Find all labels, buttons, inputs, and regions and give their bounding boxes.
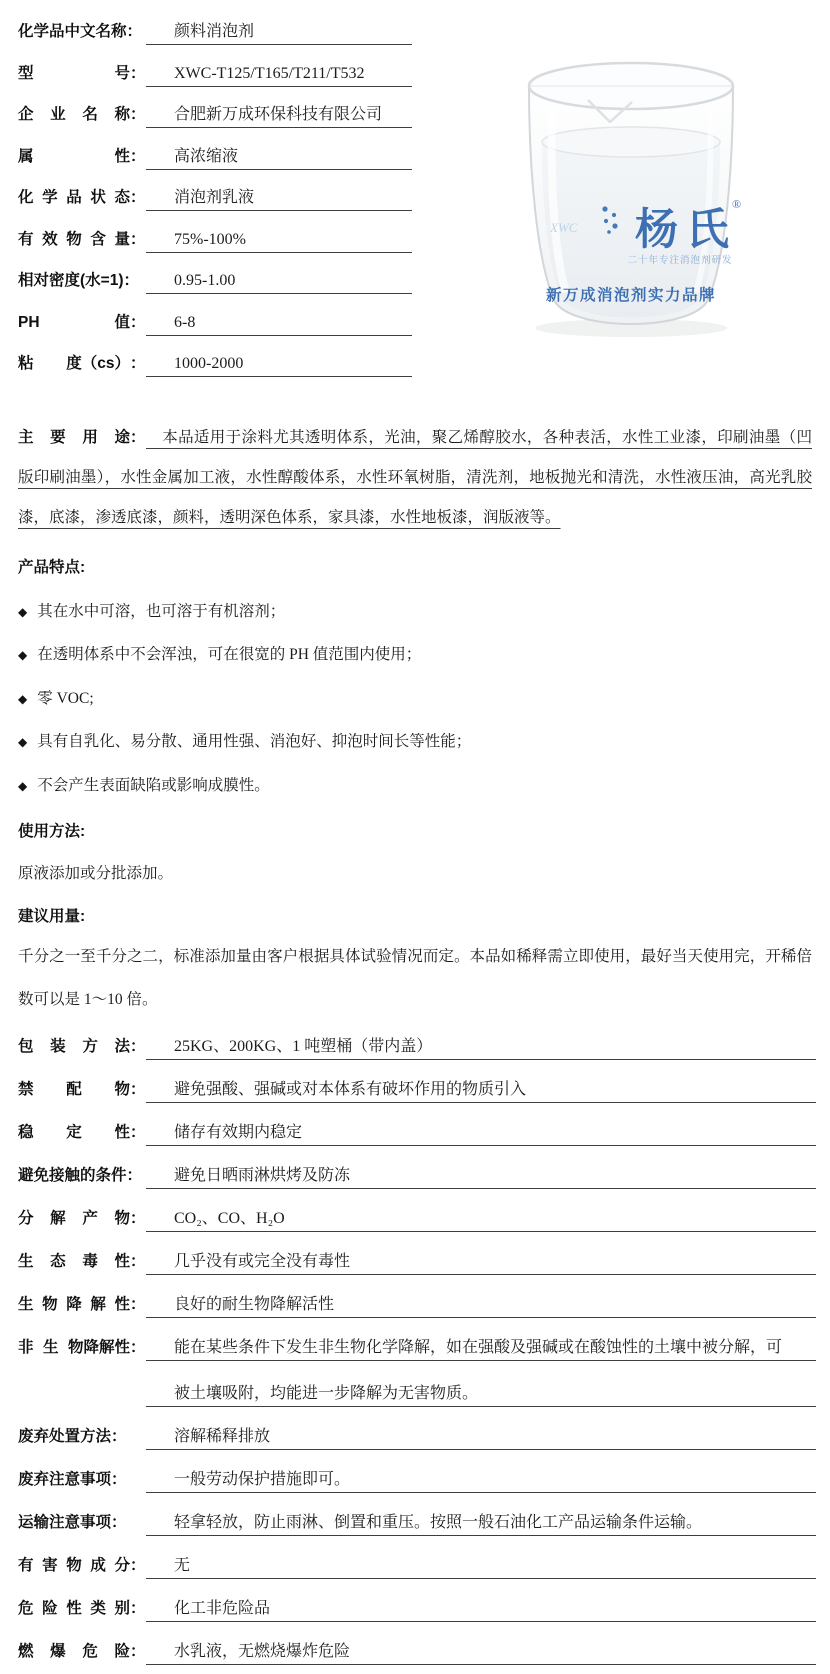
diamond-bullet-icon: ◆ [18, 774, 27, 798]
field-label: 化学品状态： [18, 186, 146, 210]
field-row-ph-value: PH值：6-8 [18, 311, 412, 336]
field-label: 稳定性： [18, 1121, 146, 1145]
diamond-bullet-icon: ◆ [18, 687, 27, 711]
field-row-chemical-name: 化学品中文名称：颜料消泡剂 [18, 20, 412, 45]
field-row-relative-density: 相对密度(水=1)：0.95-1.00 [18, 269, 412, 294]
field-label: 禁配物： [18, 1078, 146, 1102]
field-label: 粘度（cs）： [18, 352, 146, 376]
field-row-biodegradability: 生物降解性：良好的耐生物降解活性 [18, 1293, 816, 1318]
field-value: 高浓缩液 [146, 145, 412, 170]
diamond-bullet-icon: ◆ [18, 643, 27, 667]
diamond-bullet-icon: ◆ [18, 600, 27, 624]
field-label: 企业名称： [18, 103, 146, 127]
bottom-fields: 包装方法：25KG、200KG、1 吨塑桶（带内盖）禁配物：避免强酸、强碱或对本… [18, 1035, 816, 1665]
field-row-disposal-precautions: 废弃注意事项：一般劳动保护措施即可。 [18, 1468, 816, 1493]
feature-text: 零 VOC; [37, 687, 93, 711]
field-row-stability: 稳定性：储存有效期内稳定 [18, 1121, 816, 1146]
field-row-harmful-ingredients: 有害物成分：无 [18, 1554, 816, 1579]
field-row-incompatibles: 禁配物：避免强酸、强碱或对本体系有破坏作用的物质引入 [18, 1078, 816, 1103]
field-label: 有害物成分： [18, 1554, 146, 1578]
dosage-text: 千分之一至千分之二，标准添加量由客户根据具体试验情况而定。本品如稀释需立即使用，… [18, 935, 812, 1021]
field-row-non-biodegradability: 非生物降解性：能在某些条件下发生非生物化学降解，如在强酸及强碱或在酸蚀性的土壤中… [18, 1336, 816, 1407]
diamond-bullet-icon: ◆ [18, 730, 27, 754]
field-value: 消泡剂乳液 [146, 186, 412, 211]
field-value: 良好的耐生物降解活性 [146, 1293, 816, 1318]
field-label: 废弃注意事项： [18, 1468, 146, 1492]
feature-item: ◆其在水中可溶，也可溶于有机溶剂； [18, 600, 816, 624]
field-value: 几乎没有或完全没有毒性 [146, 1250, 816, 1275]
main-use-row: 主要用途： 本品适用于涂料尤其透明体系，光油，聚乙烯醇胶水，各种表活，水性工业漆… [18, 418, 812, 538]
field-value: 一般劳动保护措施即可。 [146, 1468, 816, 1493]
field-value: 水乳液，无燃烧爆炸危险 [146, 1640, 816, 1665]
field-label: 相对密度(水=1)： [18, 269, 146, 293]
field-value: 避免强酸、强碱或对本体系有破坏作用的物质引入 [146, 1078, 816, 1103]
field-row-chemical-state: 化学品状态：消泡剂乳液 [18, 186, 412, 211]
field-row-transport-precautions: 运输注意事项：轻拿轻放，防止雨淋、倒置和重压。按照一般石油化工产品运输条件运输。 [18, 1511, 816, 1536]
field-row-fire-explosion-hazard: 燃爆危险：水乳液，无燃烧爆炸危险 [18, 1640, 816, 1665]
field-value: 0.95-1.00 [146, 269, 412, 294]
liquid-surface [542, 127, 720, 157]
field-row-company-name: 企业名称：合肥新万成环保科技有限公司 [18, 103, 412, 128]
field-value: 1000-2000 [146, 352, 412, 377]
field-row-decomposition-products: 分解产物：CO₂、CO、H₂O [18, 1207, 816, 1232]
feature-text: 在透明体系中不会浑浊，可在很宽的 PH 值范围内使用； [37, 643, 421, 667]
top-section: 化学品中文名称：颜料消泡剂型号：XWC-T125/T165/T211/T532企… [18, 10, 816, 398]
field-label: 包装方法： [18, 1035, 146, 1059]
field-label: 化学品中文名称： [18, 20, 146, 44]
field-label: 运输注意事项： [18, 1511, 146, 1535]
feature-item: ◆零 VOC; [18, 687, 816, 711]
brand-watermark: XWC [549, 220, 578, 235]
field-value: 75%-100% [146, 228, 412, 253]
field-value: 避免日晒雨淋烘烤及防冻 [146, 1164, 816, 1189]
field-row-disposal-method: 废弃处置方法：溶解稀释排放 [18, 1425, 816, 1450]
field-label: 生态毒性： [18, 1250, 146, 1274]
field-row-active-content: 有效物含量：75%-100% [18, 228, 412, 253]
feature-text: 具有自乳化、易分散、通用性强、消泡好、抑泡时间长等性能； [37, 730, 471, 754]
field-row-eco-toxicity: 生态毒性：几乎没有或完全没有毒性 [18, 1250, 816, 1275]
field-value: 化工非危险品 [146, 1597, 816, 1622]
field-value-line: 能在某些条件下发生非生物化学降解，如在强酸及强碱或在酸蚀性的土壤中被分解，可 [146, 1336, 816, 1361]
field-label: PH值： [18, 311, 146, 335]
field-label: 有效物含量： [18, 228, 146, 252]
dosage-heading: 建议用量: [18, 905, 816, 929]
field-label: 非生物降解性： [18, 1336, 146, 1360]
features-heading: 产品特点: [18, 556, 816, 580]
field-label: 危险性类别： [18, 1597, 146, 1621]
brand-name: 杨氏 [635, 206, 737, 254]
field-value: 6-8 [146, 311, 412, 336]
feature-item: ◆在透明体系中不会浑浊，可在很宽的 PH 值范围内使用； [18, 643, 816, 667]
field-row-conditions-to-avoid: 避免接触的条件：避免日晒雨淋烘烤及防冻 [18, 1164, 816, 1189]
field-row-viscosity: 粘度（cs）：1000-2000 [18, 352, 412, 377]
field-label: 废弃处置方法： [18, 1425, 146, 1449]
field-label: 生物降解性： [18, 1293, 146, 1317]
product-photo: XWC 杨氏 ® 二十年专注消泡剂研发 新万成消泡剂实力品牌 [492, 52, 770, 344]
field-value: 无 [146, 1554, 816, 1579]
field-value: XWC-T125/T165/T211/T532 [146, 62, 412, 87]
feature-text: 不会产生表面缺陷或影响成膜性。 [37, 774, 270, 798]
field-value-line: 被土壤吸附，均能进一步降解为无害物质。 [146, 1382, 816, 1407]
beaker-graphic: XWC 杨氏 ® 二十年专注消泡剂研发 新万成消泡剂实力品牌 [492, 52, 770, 344]
usage-heading: 使用方法: [18, 820, 816, 844]
top-fields: 化学品中文名称：颜料消泡剂型号：XWC-T125/T165/T211/T532企… [18, 20, 412, 377]
features-list: ◆其在水中可溶，也可溶于有机溶剂；◆在透明体系中不会浑浊，可在很宽的 PH 值范… [18, 600, 816, 798]
product-datasheet-page: 化学品中文名称：颜料消泡剂型号：XWC-T125/T165/T211/T532企… [0, 0, 830, 1665]
usage-text: 原液添加或分批添加。 [18, 862, 816, 886]
field-label: 避免接触的条件： [18, 1164, 146, 1188]
field-value: 溶解稀释排放 [146, 1425, 816, 1450]
field-value: 能在某些条件下发生非生物化学降解，如在强酸及强碱或在酸蚀性的土壤中被分解，可被土… [146, 1336, 816, 1407]
field-value: 25KG、200KG、1 吨塑桶（带内盖） [146, 1035, 816, 1060]
field-label: 燃爆危险： [18, 1640, 146, 1664]
feature-item: ◆不会产生表面缺陷或影响成膜性。 [18, 774, 816, 798]
brand-slogan: 新万成消泡剂实力品牌 [546, 285, 716, 304]
field-label: 主要用途： [18, 426, 146, 450]
field-label: 属性： [18, 145, 146, 169]
field-value: 轻拿轻放，防止雨淋、倒置和重压。按照一般石油化工产品运输条件运输。 [146, 1511, 816, 1536]
registered-mark-icon: ® [732, 197, 741, 211]
field-row-hazard-class: 危险性类别：化工非危险品 [18, 1597, 816, 1622]
field-value: CO₂、CO、H₂O [146, 1207, 816, 1232]
field-value: 储存有效期内稳定 [146, 1121, 816, 1146]
field-row-packaging: 包装方法：25KG、200KG、1 吨塑桶（带内盖） [18, 1035, 816, 1060]
feature-item: ◆具有自乳化、易分散、通用性强、消泡好、抑泡时间长等性能； [18, 730, 816, 754]
field-value: 颜料消泡剂 [146, 20, 412, 45]
field-row-property: 属性：高浓缩液 [18, 145, 412, 170]
feature-text: 其在水中可溶，也可溶于有机溶剂； [37, 600, 285, 624]
field-label: 分解产物： [18, 1207, 146, 1231]
field-label: 型号： [18, 62, 146, 86]
brand-tagline: 二十年专注消泡剂研发 [627, 254, 732, 266]
field-value: 合肥新万成环保科技有限公司 [146, 103, 412, 128]
field-row-model: 型号：XWC-T125/T165/T211/T532 [18, 62, 412, 87]
